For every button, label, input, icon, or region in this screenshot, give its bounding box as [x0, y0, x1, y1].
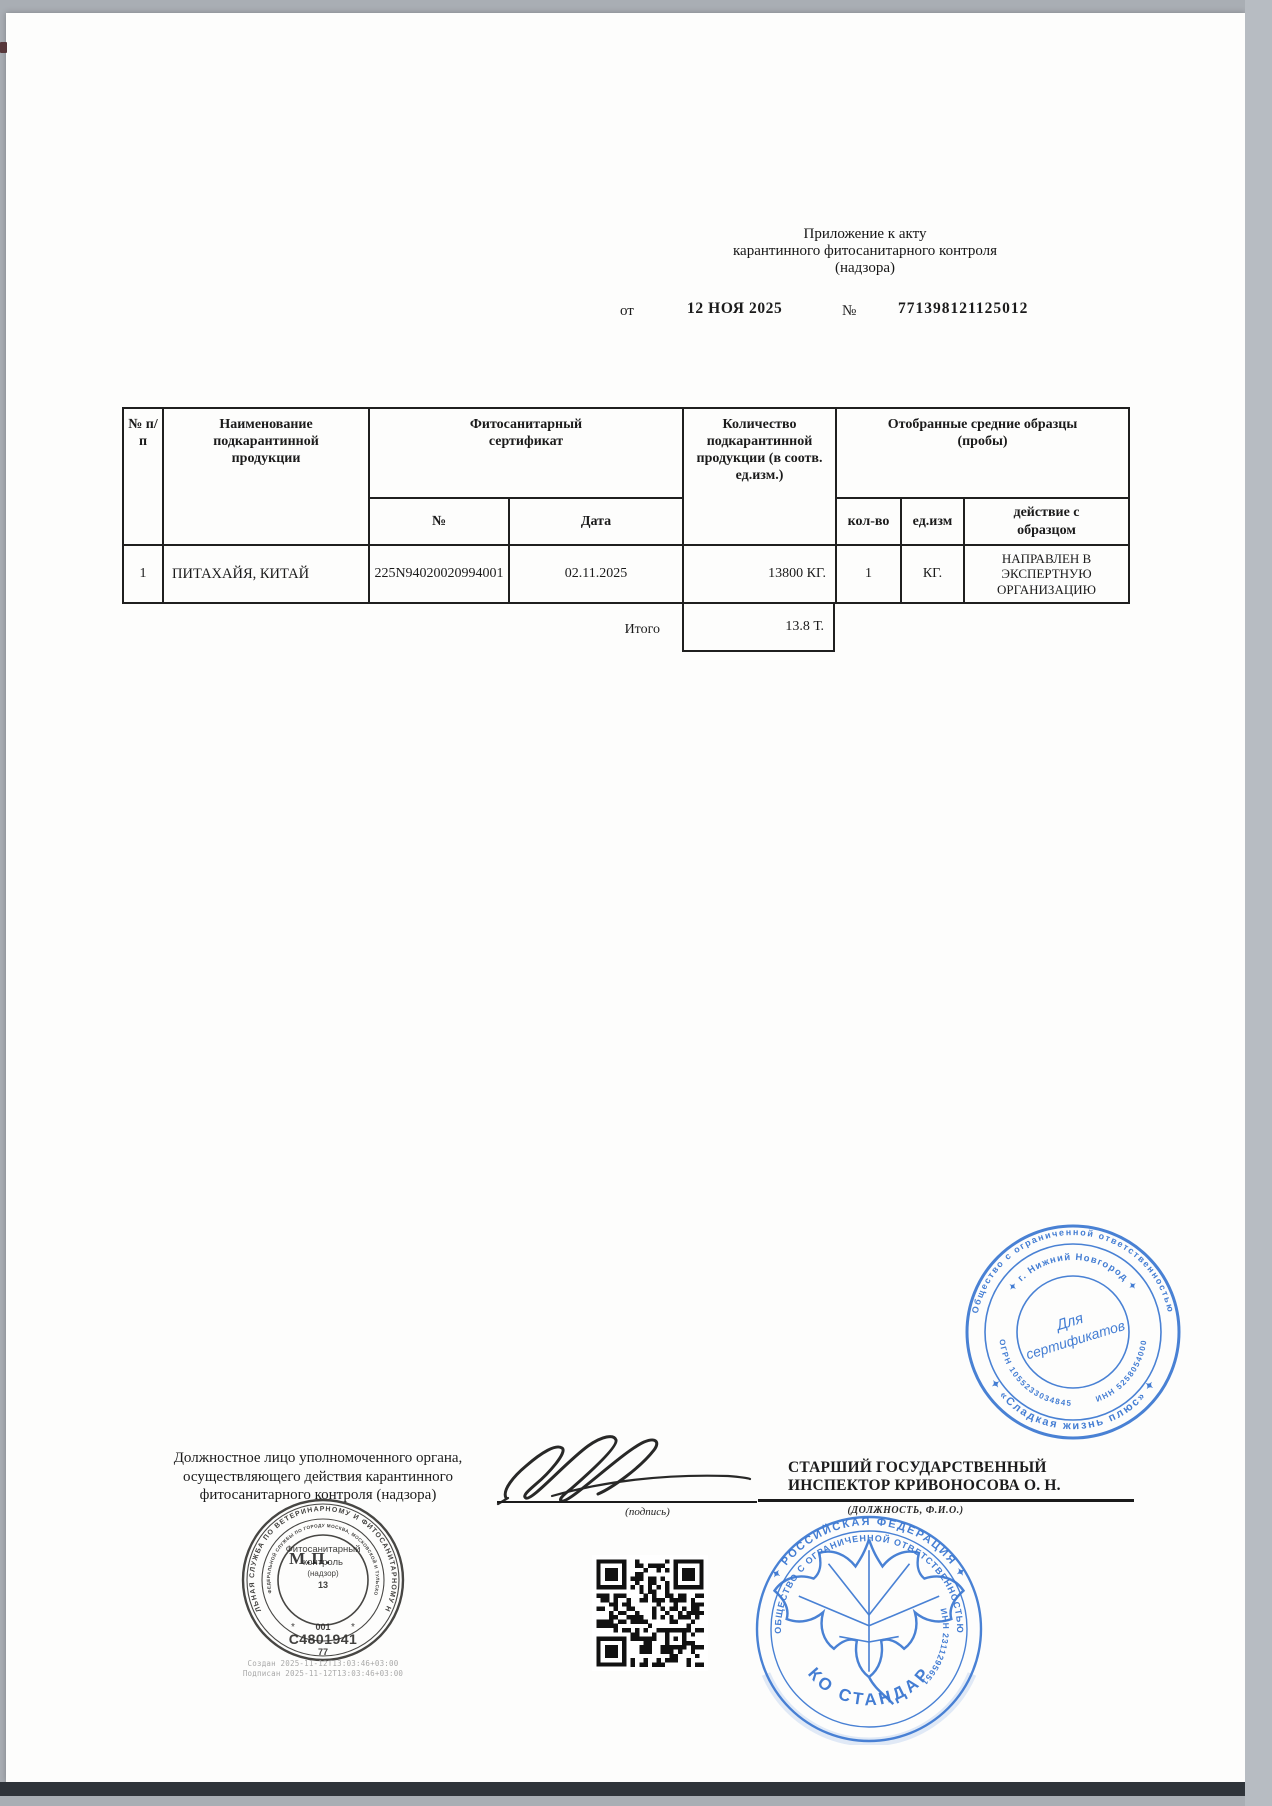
signature-handwriting: [492, 1422, 782, 1507]
row-cert-date: 02.11.2025: [509, 545, 683, 603]
signature-line: [497, 1501, 757, 1503]
title-line-1: Приложение к акту: [640, 226, 1090, 243]
col-header-sample-action: действие с образцом: [964, 498, 1129, 545]
table-row: 1 ПИТАХАЙЯ, КИТАЙ 225N94020020994001 02.…: [123, 545, 1129, 603]
inspector-line-1: СТАРШИЙ ГОСУДАРСТВЕННЫЙ: [788, 1459, 1061, 1477]
eco-standard-stamp: ✦ РОССИЙСКАЯ ФЕДЕРАЦИЯ ✦ ОБЩЕСТВО С ОГРА…: [753, 1513, 985, 1745]
black-stamp-center-1: Фитосанитарный: [286, 1544, 361, 1555]
products-table: № п/п Наименование подкарантинной продук…: [122, 407, 1130, 604]
fine-print-line-1: Создан 2025-11-12Т13:03:46+03:00: [203, 1659, 443, 1669]
col-header-sample-qty: кол-во: [836, 498, 901, 545]
col-header-quantity: Количество подкарантинной продукции (в с…: [683, 408, 836, 545]
scanned-document: Приложение к акту карантинного фитосанит…: [0, 0, 1272, 1806]
signature-caption: (подпись): [575, 1506, 720, 1518]
row-sample-qty: 1: [836, 545, 901, 603]
from-label: от: [620, 303, 634, 320]
position-line: [758, 1499, 1134, 1502]
row-sample-unit: КГ.: [901, 545, 964, 603]
title-line-2: карантинного фитосанитарного контроля: [640, 243, 1090, 260]
document-title: Приложение к акту карантинного фитосанит…: [640, 226, 1090, 277]
col-header-certificate: Фитосанитарный сертификат: [369, 408, 683, 498]
fine-print-line-2: Подписан 2025-11-12Т13:03:46+03:00: [203, 1669, 443, 1679]
official-line-2: осуществляющего действия карантинного: [113, 1468, 523, 1487]
scanner-edge-right: [1245, 0, 1272, 1806]
row-product: ПИТАХАЙЯ, КИТАЙ: [163, 545, 369, 603]
document-date: 12 НОЯ 2025: [687, 300, 782, 318]
col-header-sample-unit: ед.изм: [901, 498, 964, 545]
official-line-1: Должностное лицо уполномоченного органа,: [113, 1449, 523, 1468]
scanner-edge-bottom: [0, 1782, 1245, 1796]
black-stamp-center-4: 13: [318, 1580, 328, 1590]
row-cert-number: 225N94020020994001: [369, 545, 509, 603]
rosselkhoznadzor-stamp: ФЕДЕРАЛЬНАЯ СЛУЖБА ПО ВЕТЕРИНАРНОМУ И ФИ…: [233, 1490, 413, 1670]
company-stamp: Общество с ограниченной ответственностью…: [963, 1222, 1183, 1442]
row-quantity: 13800 КГ.: [683, 545, 836, 603]
document-number: 771398121125012: [898, 300, 1028, 318]
col-header-product: Наименование подкарантинной продукции: [163, 408, 369, 545]
black-stamp-code-main: С4801941: [289, 1631, 358, 1647]
inspector-line-2: ИНСПЕКТОР КРИВОНОСОВА О. Н.: [788, 1477, 1061, 1495]
number-sign: №: [842, 303, 856, 320]
corner-artifact: [0, 42, 7, 53]
col-header-num: № п/п: [123, 408, 163, 545]
row-num: 1: [123, 545, 163, 603]
title-line-3: (надзора): [640, 260, 1090, 277]
company-stamp-outer-top: Общество с ограниченной ответственностью: [970, 1227, 1176, 1314]
black-stamp-code-bottom: 77: [318, 1647, 328, 1657]
black-stamp-center-2: контроль: [303, 1557, 343, 1568]
total-label: Итого: [520, 622, 660, 638]
row-sample-action: НАПРАВЛЕН В ЭКСПЕРТНУЮ ОРГАНИЗАЦИЮ: [964, 545, 1129, 603]
black-stamp-center-3: (надзор): [307, 1569, 339, 1578]
svg-text:Общество с ограниченной ответс: Общество с ограниченной ответственностью: [970, 1227, 1176, 1314]
col-header-samples: Отобранные средние образцы (пробы): [836, 408, 1129, 498]
stamp-fine-print: Создан 2025-11-12Т13:03:46+03:00 Подписа…: [203, 1659, 443, 1679]
total-value-cell: 13.8 Т.: [682, 602, 835, 652]
qr-code: [592, 1555, 708, 1671]
col-header-cert-number: №: [369, 498, 509, 545]
col-header-cert-date: Дата: [509, 498, 683, 545]
inspector-name: СТАРШИЙ ГОСУДАРСТВЕННЫЙ ИНСПЕКТОР КРИВОН…: [788, 1459, 1061, 1495]
